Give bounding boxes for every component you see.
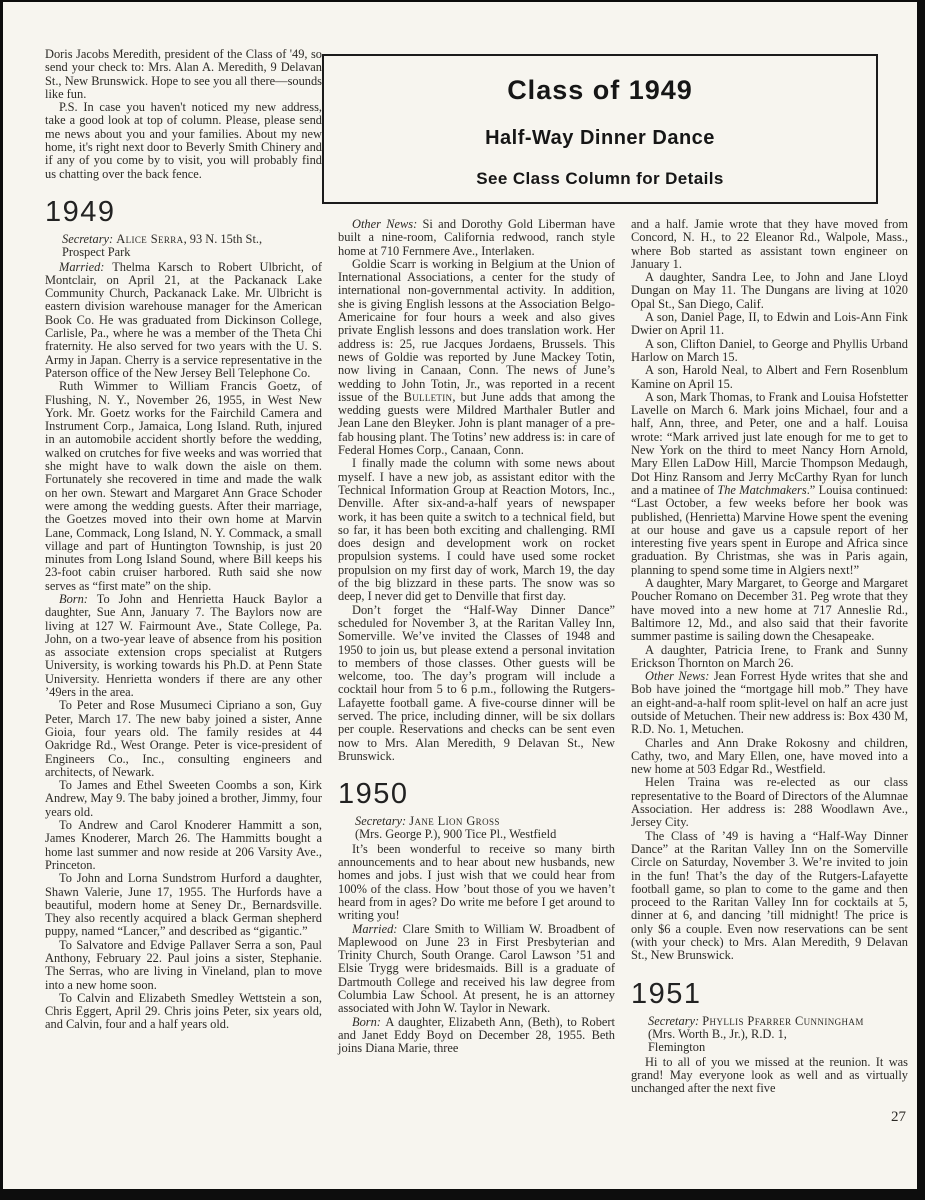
class-notes-paragraph: and a half. Jamie wrote that they have m… (631, 218, 908, 271)
magazine-page: Class of 1949 Half-Way Dinner Dance See … (0, 0, 925, 1200)
play-title-italic: The Matchmakers (717, 483, 806, 497)
secretary-block-1949: Secretary: Alice Serra, 93 N. 15th St.,P… (45, 233, 322, 260)
class-notes-paragraph: To Andrew and Carol Knoderer Hammitt a s… (45, 819, 322, 872)
secretary-label: Secretary: (355, 814, 409, 828)
column-3: and a half. Jamie wrote that they have m… (631, 48, 908, 1125)
class-notes-paragraph: Born: To John and Henrietta Hauck Baylor… (45, 593, 322, 699)
column-1: Doris Jacobs Meredith, president of the … (45, 48, 322, 1125)
class-notes-paragraph: To Calvin and Elizabeth Smedley Wettstei… (45, 992, 322, 1032)
class-notes-paragraph: A daughter, Patricia Irene, to Frank and… (631, 644, 908, 671)
class-notes-paragraph: Charles and Ann Drake Rokosny and childr… (631, 737, 908, 777)
class-notes-paragraph: A daughter, Sandra Lee, to John and Jane… (631, 271, 908, 311)
scan-edge-bottom (0, 1189, 925, 1200)
class-notes-paragraph: Don’t forget the “Half-Way Dinner Dance”… (338, 604, 615, 764)
class-notes-paragraph: A son, Mark Thomas, to Frank and Louisa … (631, 391, 908, 577)
class-notes-paragraph: Helen Traina was re-elected as our class… (631, 776, 908, 829)
class-notes-paragraph: Married: Thelma Karsch to Robert Ulbrich… (45, 261, 322, 381)
class-notes-paragraph: Goldie Scarr is working in Belgium at th… (338, 258, 615, 457)
intro-paragraph: Doris Jacobs Meredith, president of the … (45, 48, 322, 101)
year-heading-1950: 1950 (338, 779, 615, 809)
scan-edge-left (0, 0, 3, 1200)
class-notes-paragraph: A son, Daniel Page, II, to Edwin and Loi… (631, 311, 908, 338)
class-notes-paragraph: Ruth Wimmer to William Francis Goetz, of… (45, 380, 322, 593)
class-notes-paragraph: A daughter, Mary Margaret, to George and… (631, 577, 908, 643)
secretary-label: Secretary: (62, 232, 116, 246)
class-notes-paragraph: A son, Harold Neal, to Albert and Fern R… (631, 364, 908, 391)
column-2: Other News: Si and Dorothy Gold Liberman… (338, 48, 615, 1125)
secretary-name: Alice Serra (116, 232, 183, 246)
class-notes-paragraph: To Salvatore and Edvige Pallaver Serra a… (45, 939, 322, 992)
secretary-address-line2: (Mrs. George P.), 900 Tice Pl., Westfiel… (355, 828, 615, 841)
class-notes-paragraph: To James and Ethel Sweeten Coombs a son,… (45, 779, 322, 819)
secretary-block-1951: Secretary: Phyllis Pfarrer Cunningham(Mr… (631, 1015, 908, 1055)
class-notes-paragraph: Married: Clare Smith to William W. Broad… (338, 923, 615, 1016)
scan-edge-top (0, 0, 925, 2)
secretary-name: Phyllis Pfarrer Cunningham (702, 1014, 863, 1028)
class-notes-paragraph: The Class of ’49 is having a “Half-Way D… (631, 830, 908, 963)
class-notes-paragraph: It’s been wonderful to receive so many b… (338, 843, 615, 923)
class-notes-paragraph: To John and Lorna Sundstrom Hurford a da… (45, 872, 322, 938)
ps-paragraph: P.S. In case you haven't noticed my new … (45, 101, 322, 181)
class-notes-paragraph: Other News: Si and Dorothy Gold Liberman… (338, 218, 615, 258)
class-notes-paragraph: Other News: Jean Forrest Hyde writes tha… (631, 670, 908, 736)
class-notes-paragraph: I finally made the column with some news… (338, 457, 615, 603)
secretary-address-line3: Flemington (648, 1041, 908, 1054)
class-notes-paragraph: Hi to all of you we missed at the reunio… (631, 1056, 908, 1096)
class-notes-paragraph: Born: A daughter, Elizabeth Ann, (Beth),… (338, 1016, 615, 1056)
secretary-address-line2: Prospect Park (62, 246, 322, 259)
year-heading-1949: 1949 (45, 197, 322, 227)
secretary-block-1950: Secretary: Jane Lion Gross(Mrs. George P… (338, 815, 615, 842)
class-notes-paragraph: A son, Clifton Daniel, to George and Phy… (631, 338, 908, 365)
secretary-address-line2: (Mrs. Worth B., Jr.), R.D. 1, (648, 1028, 908, 1041)
secretary-address: , 93 N. 15th St., (184, 232, 262, 246)
text-columns: Doris Jacobs Meredith, president of the … (45, 48, 908, 1125)
secretary-name: Jane Lion Gross (409, 814, 500, 828)
bulletin-smallcaps: Bulletin (404, 390, 453, 404)
scan-edge-right (917, 0, 925, 1200)
class-notes-paragraph: To Peter and Rose Musumeci Cipriano a so… (45, 699, 322, 779)
year-heading-1951: 1951 (631, 979, 908, 1009)
secretary-label: Secretary: (648, 1014, 702, 1028)
page-number: 27 (631, 1111, 908, 1124)
